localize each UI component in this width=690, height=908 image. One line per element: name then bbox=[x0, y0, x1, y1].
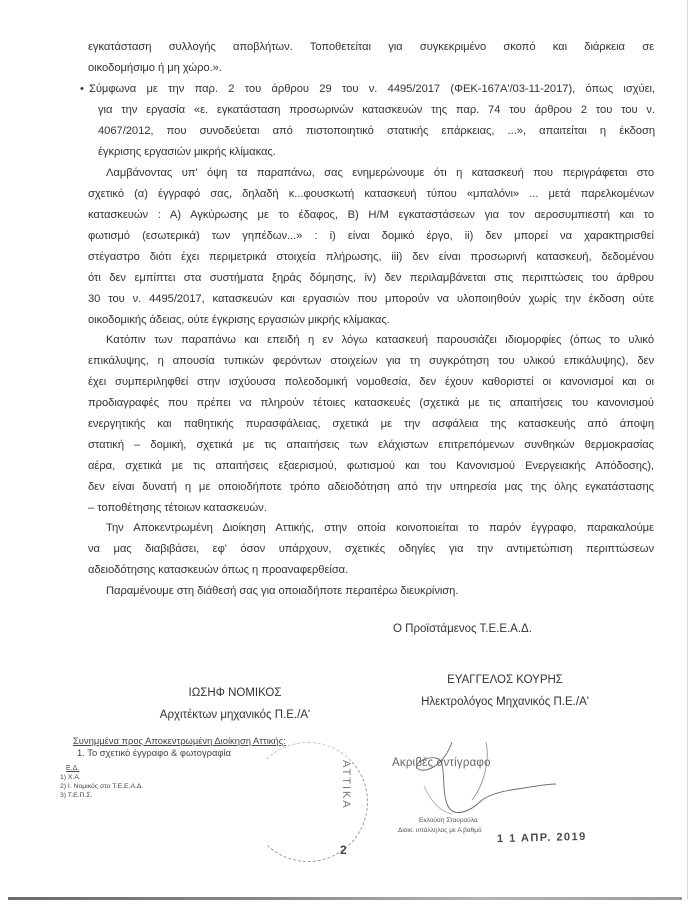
clerk-title: Διοικ. υπάλληλος με Α βαθμό bbox=[398, 827, 482, 834]
document-page: εγκατάσταση συλλογής αποβλήτων. Τοποθετε… bbox=[0, 0, 690, 908]
date-stamp: 1 1 ΑΠΡ. 2019 bbox=[497, 831, 587, 845]
scan-bottom-shadow bbox=[8, 897, 682, 900]
scan-edge-line bbox=[687, 0, 688, 900]
clerk-name: Εκλούση Σταυρούλα bbox=[419, 817, 478, 824]
handwritten-signature-icon bbox=[0, 0, 690, 908]
